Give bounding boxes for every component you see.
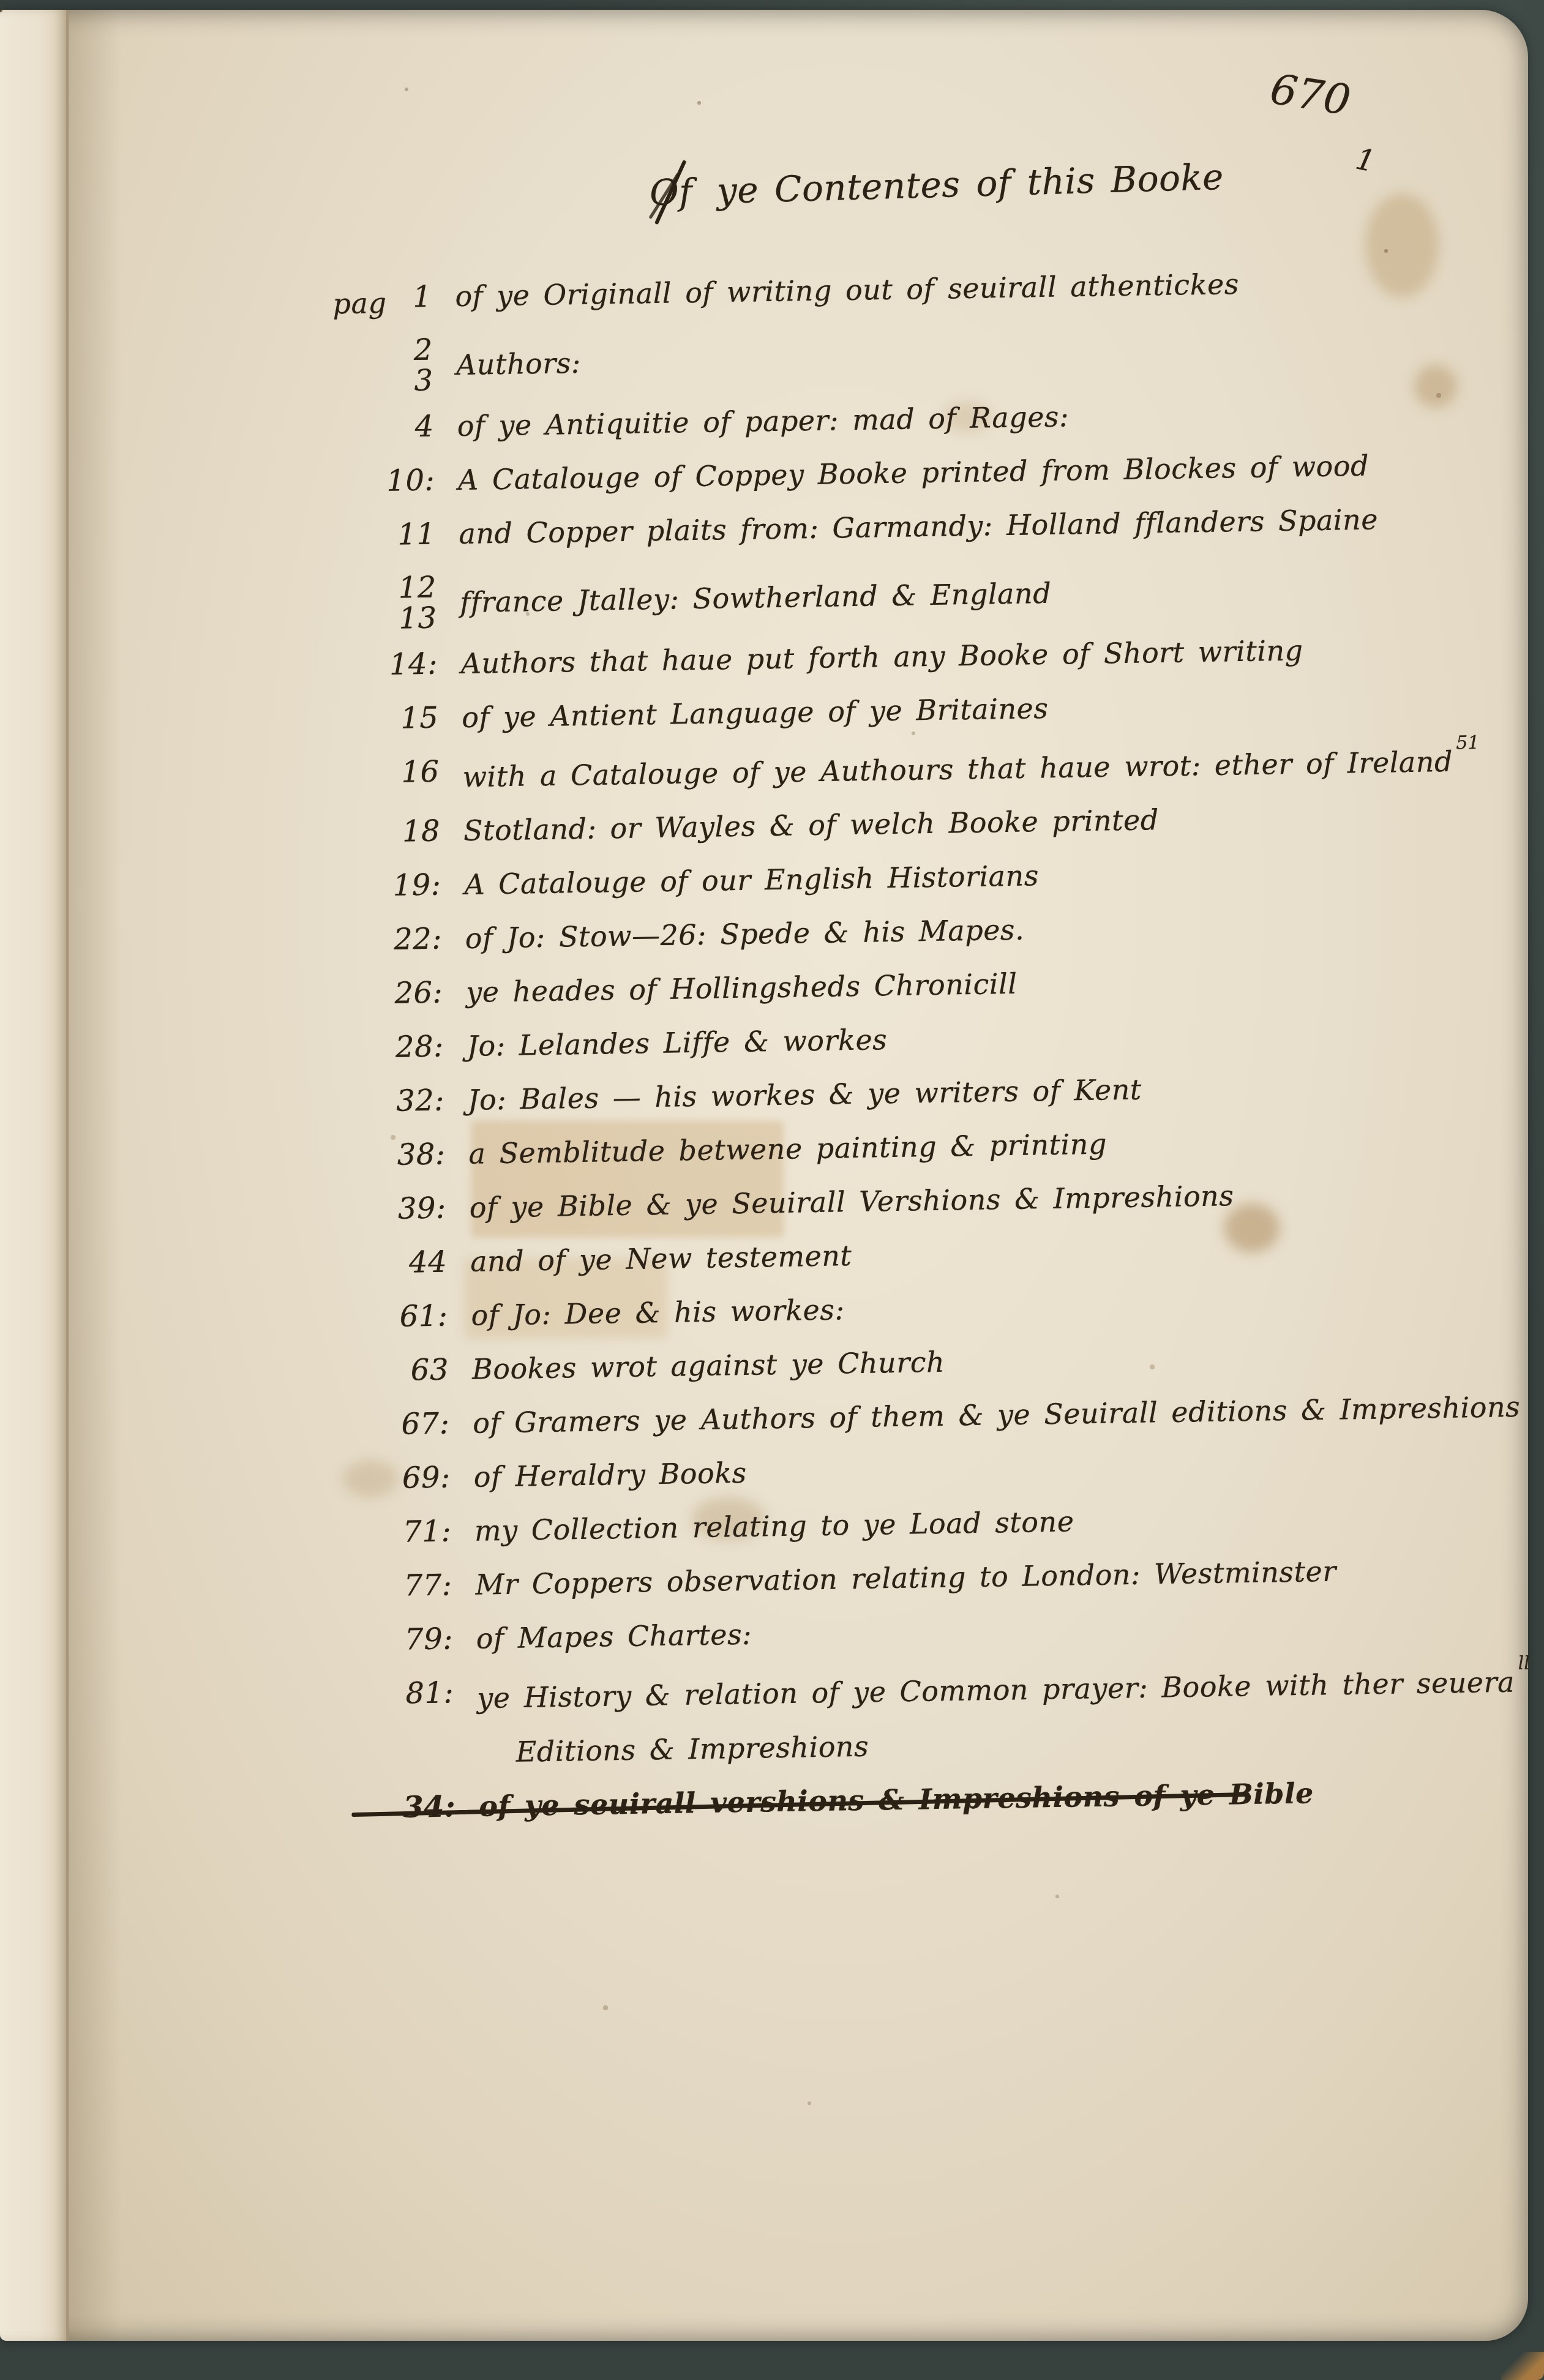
toc-page-number-bottom: 13: [399, 604, 437, 634]
toc-entry-text: of Heraldry Books: [473, 1457, 747, 1493]
toc-row: Editions & Impreshions: [362, 1720, 1544, 1770]
toc-page-number-top: 2: [413, 335, 433, 365]
leaf-number: 1: [1352, 141, 1378, 179]
toc-row: 10:A Catalouge of Coppey Booke printed f…: [343, 447, 1525, 498]
toc-row: 22:of Jo: Stow—26: Spede & his Mapes.: [350, 906, 1532, 956]
toc-page-number: 10:: [343, 465, 438, 498]
toc-page-number: 77:: [360, 1570, 455, 1603]
toc-row: 34:of ye seuirall vershions & Impreshion…: [364, 1773, 1544, 1824]
toc-row: 1213ffrance Jtalley: Sowtherland & Engla…: [344, 555, 1526, 635]
toc-row: 16with a Catalouge of ye Authours that h…: [347, 739, 1529, 795]
toc-row: 69:of Heraldry Books: [358, 1445, 1540, 1495]
book-gutter-page-edges: [0, 10, 69, 2341]
toc-page-number: 18: [348, 815, 443, 848]
toc-row: 81:ye History & relation of ye Common pr…: [362, 1660, 1544, 1716]
toc-entry-text: ye History & relation of ye Common praye…: [477, 1660, 1531, 1714]
toc-row: 39:of ye Bible & ye Seuirall Vershions &…: [354, 1175, 1536, 1226]
toc-row: 38:a Semblitude betwene painting & print…: [353, 1121, 1535, 1172]
toc-entry-text: of ye seuirall vershions & Impreshions o…: [479, 1777, 1314, 1822]
toc-superscript: 51: [1456, 732, 1480, 754]
toc-entry-text: of Mapes Chartes:: [476, 1618, 752, 1655]
toc-page-number: 4: [342, 411, 437, 444]
toc-page-number: 11: [343, 518, 438, 552]
toc-page-number: 16: [347, 755, 442, 788]
toc-entry-text: A Catalouge of our English Historians: [464, 860, 1039, 901]
toc-row: 18Stotland: or Wayles & of welch Booke p…: [348, 798, 1531, 848]
toc-row: 44and of ye New testement: [355, 1229, 1537, 1279]
toc-page-number: 23: [340, 335, 436, 397]
toc-page-number: 67:: [358, 1408, 452, 1441]
toc-page-number: 38:: [353, 1139, 448, 1172]
toc-page-number: 1213: [344, 573, 440, 634]
toc-entry-text: a Semblitude betwene painting & printing: [468, 1128, 1107, 1170]
toc-entry-text: Editions & Impreshions: [515, 1730, 869, 1767]
toc-entry-text: of Gramers ye Authors of them & ye Seuir…: [473, 1391, 1521, 1439]
toc-row: 67:of Gramers ye Authors of them & ye Se…: [358, 1391, 1540, 1441]
toc-page-number: 81:: [362, 1677, 457, 1710]
toc-page-number: 32:: [353, 1085, 448, 1118]
title-text: ye Contentes of this Booke: [716, 156, 1224, 212]
toc-entry-text: Jo: Bales — his workes & ye writers of K…: [468, 1074, 1142, 1116]
toc-entry-text: of ye Antiquitie of paper: mad of Rages:: [457, 400, 1069, 442]
toc-entry-text: Stotland: or Wayles & of welch Booke pri…: [463, 804, 1159, 847]
toc-superscript: ll: [1518, 1653, 1530, 1674]
toc-page-number: 19:: [349, 869, 444, 902]
toc-row: 11and Copper plaits from: Garmandy: Holl…: [343, 501, 1526, 552]
toc-entry-text: with a Catalouge of ye Authours that hau…: [462, 739, 1480, 793]
gutter-crease-shadow: [66, 10, 121, 2341]
toc-entry-text: Mr Coppers observation relating to Londo…: [475, 1555, 1336, 1601]
toc-page-number: 69:: [358, 1462, 453, 1495]
table-of-contents: pag 1of ye Originall of writing out of s…: [340, 264, 1544, 1846]
page-title: Of ye Contentes of this Booke: [618, 155, 1255, 214]
toc-row: 14:Authors that haue put forth any Booke…: [345, 631, 1527, 681]
toc-row: 28:Jo: Lelandes Liffe & workes: [351, 1014, 1534, 1064]
folio-number: 670: [1267, 65, 1354, 125]
table-surface-corner: [1501, 2352, 1544, 2380]
toc-entry-text: Authors that haue put forth any Booke of…: [460, 634, 1303, 679]
toc-page-number: 14:: [345, 648, 440, 681]
toc-entry-text: ffrance Jtalley: Sowtherland & England: [460, 577, 1052, 618]
toc-entry-text: my Collection relating to ye Load stone: [474, 1506, 1074, 1547]
struck-title-word: Of: [649, 171, 693, 214]
toc-page-number: 61:: [356, 1300, 451, 1333]
toc-entry-text: of ye Bible & ye Seuirall Vershions & Im…: [469, 1180, 1234, 1224]
pag-margin-label: pag: [332, 286, 387, 320]
toc-entry-text: ye heades of Hollingsheds Chronicill: [466, 968, 1017, 1008]
toc-page-number: 22:: [350, 923, 444, 956]
toc-page-number: 28:: [351, 1031, 446, 1064]
toc-row: 1of ye Originall of writing out of seuir…: [340, 264, 1522, 314]
toc-row: 32:Jo: Bales — his workes & ye writers o…: [353, 1068, 1535, 1118]
toc-page-number: [362, 1737, 457, 1738]
toc-entry-text: Authors:: [456, 347, 582, 381]
toc-page-number: 44: [355, 1246, 450, 1279]
toc-page-number: 63: [357, 1354, 452, 1387]
toc-row: 77:Mr Coppers observation relating to Lo…: [360, 1552, 1542, 1603]
toc-row: 26:ye heades of Hollingsheds Chronicill: [351, 960, 1533, 1010]
toc-page-number: 39:: [354, 1192, 449, 1226]
photograph-of-manuscript-page: { "page": { "folio_number": "670", "leaf…: [0, 0, 1544, 2380]
toc-entry-text: Jo: Lelandes Liffe & workes: [467, 1023, 887, 1062]
toc-row: 23Authors:: [340, 318, 1523, 397]
paper-specks: [0, 10, 2, 12]
toc-page-number: 71:: [359, 1516, 454, 1549]
toc-row: 15of ye Antient Language of ye Britaines: [347, 685, 1529, 735]
toc-entry-text: Bookes wrot against ye Church: [472, 1346, 945, 1385]
toc-entry-text: A Catalouge of Coppey Booke printed from…: [458, 450, 1370, 496]
toc-entry-text: and of ye New testement: [470, 1240, 852, 1278]
toc-entry-text: of Jo: Stow—26: Spede & his Mapes.: [465, 914, 1024, 954]
toc-page-number: 15: [347, 702, 441, 735]
manuscript-page: 670 1 Of ye Contentes of this Booke pag …: [0, 10, 1528, 2341]
toc-row: 63Bookes wrot against ye Church: [357, 1337, 1539, 1387]
toc-row: 19:A Catalouge of our English Historians: [349, 852, 1531, 902]
toc-row: 4of ye Antiquitie of paper: mad of Rages…: [342, 394, 1524, 444]
toc-entry-text: of ye Originall of writing out of seuira…: [455, 268, 1239, 312]
toc-entry-text: of ye Antient Language of ye Britaines: [462, 692, 1049, 733]
toc-row: 79:of Mapes Chartes:: [361, 1606, 1543, 1656]
toc-entry-text: and Copper plaits from: Garmandy: Hollan…: [459, 503, 1378, 550]
toc-page-number: 79:: [361, 1623, 455, 1656]
toc-page-number-bottom: 3: [414, 366, 433, 395]
toc-page-number: 26:: [351, 977, 446, 1010]
toc-page-number-top: 12: [398, 573, 437, 603]
toc-entry-text: of Jo: Dee & his workes:: [471, 1294, 845, 1332]
toc-row: 71:my Collection relating to ye Load sto…: [359, 1499, 1542, 1549]
toc-page-number: 34:: [364, 1791, 459, 1824]
toc-row: 61:of Jo: Dee & his workes:: [356, 1283, 1538, 1333]
